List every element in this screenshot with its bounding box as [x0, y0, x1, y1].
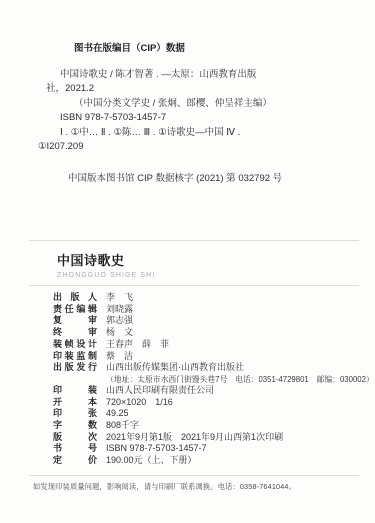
colophon-row-subline: （地址：太原市水西门街馒头巷7号 电话：0351-4729801 邮编：0300…: [106, 374, 351, 385]
colophon-row-value: 刘晓露: [106, 304, 133, 314]
colophon-row: 定价190.00元（上、下册）: [53, 455, 351, 467]
colophon-row-label: 出版发行: [53, 362, 97, 374]
quality-notice: 如发现印装质量问题，影响阅读，请与印刷厂联系调换。电话：0358-7641044…: [33, 482, 351, 492]
colophon-row: 印张49.25: [53, 408, 351, 420]
colophon-row-label: 字数: [53, 420, 97, 432]
colophon-row-label: 书号: [53, 443, 97, 455]
divider-top: [29, 240, 359, 241]
colophon-row: 终审杨 文: [53, 327, 351, 339]
colophon-row-value: 720×1020 1/16: [106, 397, 173, 407]
colophon-row-value: ISBN 978-7-5703-1457-7: [106, 443, 207, 453]
cip-title-line: 中国诗歌史 / 陈才智著 . —太原：山西教育出版: [60, 68, 351, 83]
colophon-row: 出版发行山西出版传媒集团·山西教育出版社: [53, 362, 351, 374]
colophon-row-label: 装帧设计: [53, 339, 97, 351]
colophon-row-value: 郭志强: [106, 315, 133, 325]
cip-classification-cont: ①I207.209: [38, 140, 351, 155]
colophon-row-value: 王春声 薛 菲: [106, 339, 169, 349]
colophon-row: 开本720×1020 1/16: [53, 397, 351, 409]
cip-title-line-cont: 社，2021.2: [46, 82, 351, 97]
book-title: 中国诗歌史: [57, 250, 351, 269]
colophon-row-value: 杨 文: [106, 327, 133, 337]
colophon-row-value: 49.25: [106, 408, 129, 418]
colophon-row-label: 终审: [53, 327, 97, 339]
colophon-row-value: 山西出版传媒集团·山西教育出版社: [106, 362, 244, 372]
colophon-row-label: 印装监制: [53, 351, 97, 363]
colophon-row: 责任编辑刘晓露: [53, 304, 351, 316]
cip-heading: 图书在版编目（CIP）数据: [74, 42, 351, 57]
colophon-row-value: 808千字: [106, 420, 139, 430]
colophon-row: 复审郭志强: [53, 315, 351, 327]
copyright-page: 图书在版编目（CIP）数据 中国诗歌史 / 陈才智著 . —太原：山西教育出版 …: [0, 0, 375, 523]
colophon-row-value: 李 飞: [106, 292, 133, 302]
colophon-row-value: 2021年9月第1版 2021年9月山西第1次印刷: [106, 432, 283, 442]
colophon-row-label: 责任编辑: [53, 304, 97, 316]
divider-bottom: [29, 475, 359, 476]
cip-classification-line: Ⅰ . ①中… Ⅱ . ①陈… Ⅲ . ①诗歌史—中国 Ⅳ .: [60, 126, 351, 141]
colophon-row: 出版人李 飞: [53, 292, 351, 304]
colophon-row-label: 出版人: [53, 292, 97, 304]
cip-block: 图书在版编目（CIP）数据 中国诗歌史 / 陈才智著 . —太原：山西教育出版 …: [46, 42, 351, 186]
colophon-row: 装帧设计王春声 薛 菲: [53, 339, 351, 351]
colophon-row: 版次2021年9月第1版 2021年9月山西第1次印刷: [53, 432, 351, 444]
colophon-row-value: 190.00元（上、下册）: [106, 455, 197, 465]
cip-isbn-line: ISBN 978-7-5703-1457-7: [60, 111, 351, 126]
cip-registry-line: 中国版本图书馆 CIP 数据核字 (2021) 第 032792 号: [68, 172, 351, 187]
colophon-row-label: 定价: [53, 455, 97, 467]
colophon-row-label: 复审: [53, 315, 97, 327]
colophon-row: 印装监制蔡 洁: [53, 351, 351, 363]
colophon-row-label: 版次: [53, 432, 97, 444]
divider-middle: [29, 285, 359, 286]
colophon-row-label: 印装: [53, 385, 97, 397]
colophon-row-label: 开本: [53, 397, 97, 409]
cip-series-line: （中国分类文学史 / 张炯、郎樱、仲呈祥主编）: [74, 97, 351, 112]
colophon-row-label: 印张: [53, 408, 97, 420]
colophon-row-value: 蔡 洁: [106, 351, 133, 361]
colophon-row-value: 山西人民印刷有限责任公司: [106, 385, 214, 395]
colophon-row: 字数808千字: [53, 420, 351, 432]
book-title-pinyin: ZHONGGUO SHIGE SHI: [57, 272, 351, 279]
colophon-table: 出版人李 飞 责任编辑刘晓露 复审郭志强 终审杨 文 装帧设计王春声 薛 菲 印…: [53, 292, 351, 467]
colophon-row: 印装山西人民印刷有限责任公司: [53, 385, 351, 397]
colophon-row: 书号ISBN 978-7-5703-1457-7: [53, 443, 351, 455]
